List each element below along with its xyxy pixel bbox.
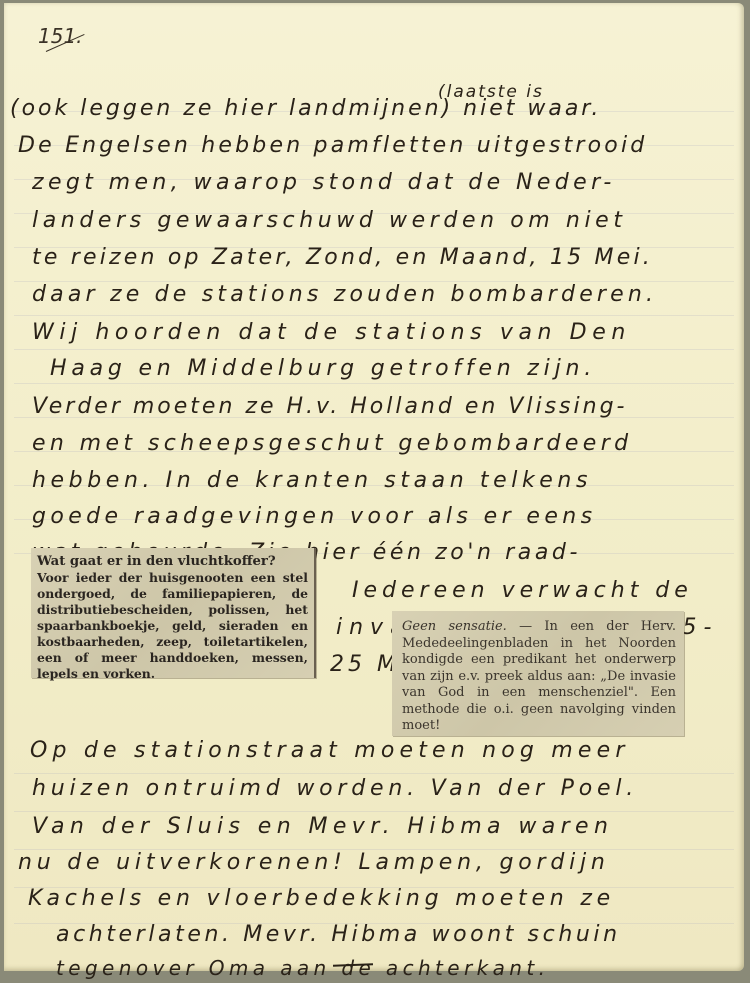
newspaper-clipping-geen-sensatie: Geen sensatie. — In een der Herv. Medede… bbox=[392, 611, 684, 736]
handwriting-line: Haag en Middelburg getroffen zijn. bbox=[50, 358, 596, 380]
clipping-body: — In een der Herv. Mededeelingenbladen i… bbox=[402, 619, 676, 733]
handwriting-line: achterlaten. Mevr. Hibma woont schuin bbox=[56, 924, 621, 946]
handwriting-line: landers gewaarschuwd werden om niet bbox=[32, 210, 627, 232]
handwriting-line: De Engelsen hebben pamfletten uitgestroo… bbox=[18, 135, 647, 157]
ruled-line bbox=[14, 315, 734, 316]
handwriting-line: tegenover Oma aan de achterkant. bbox=[56, 958, 549, 978]
ruled-line bbox=[14, 383, 734, 384]
clipping-headline: Wat gaat er in den vluchtkoffer? bbox=[37, 554, 308, 570]
handwriting-line: huizen ontruimd worden. Van der Poel. bbox=[32, 778, 638, 800]
handwriting-line: Iedereen verwacht de bbox=[352, 580, 693, 602]
clipping-body: Voor ieder der huisgenooten een stel ond… bbox=[37, 570, 308, 682]
handwriting-line: Kachels en vloerbedekking moeten ze bbox=[28, 888, 615, 910]
ruled-line bbox=[14, 773, 734, 774]
handwriting-line: Van der Sluis en Mevr. Hibma waren bbox=[32, 816, 613, 838]
handwriting-line: Op de stationstraat moeten nog meer bbox=[30, 740, 630, 762]
handwriting-line: daar ze de stations zouden bombarderen. bbox=[32, 284, 657, 306]
handwriting-line: nu de uitverkorenen! Lampen, gordijn bbox=[18, 852, 610, 874]
handwriting-line: Wij hoorden dat de stations van Den bbox=[32, 322, 631, 344]
ruled-line bbox=[14, 811, 734, 812]
handwriting-line: hebben. In de kranten staan telkens bbox=[32, 470, 592, 492]
handwriting-line: te reizen op Zater, Zond, en Maand, 15 M… bbox=[32, 247, 653, 269]
ruled-line bbox=[14, 349, 734, 350]
handwriting-line: en met scheepsgeschut gebombardeerd bbox=[32, 433, 633, 455]
handwriting-line: (ook leggen ze hier landmijnen) niet waa… bbox=[10, 98, 601, 120]
handwriting-line: zegt men, waarop stond dat de Neder- bbox=[32, 172, 616, 194]
handwriting-line: Verder moeten ze H.v. Holland en Vlissin… bbox=[32, 396, 627, 418]
newspaper-clipping-vluchtkoffer: Wat gaat er in den vluchtkoffer? Voor ie… bbox=[31, 548, 316, 678]
handwriting-line: goede raadgevingen voor als er eens bbox=[32, 506, 597, 528]
clipping-title: Geen sensatie. bbox=[402, 619, 507, 634]
